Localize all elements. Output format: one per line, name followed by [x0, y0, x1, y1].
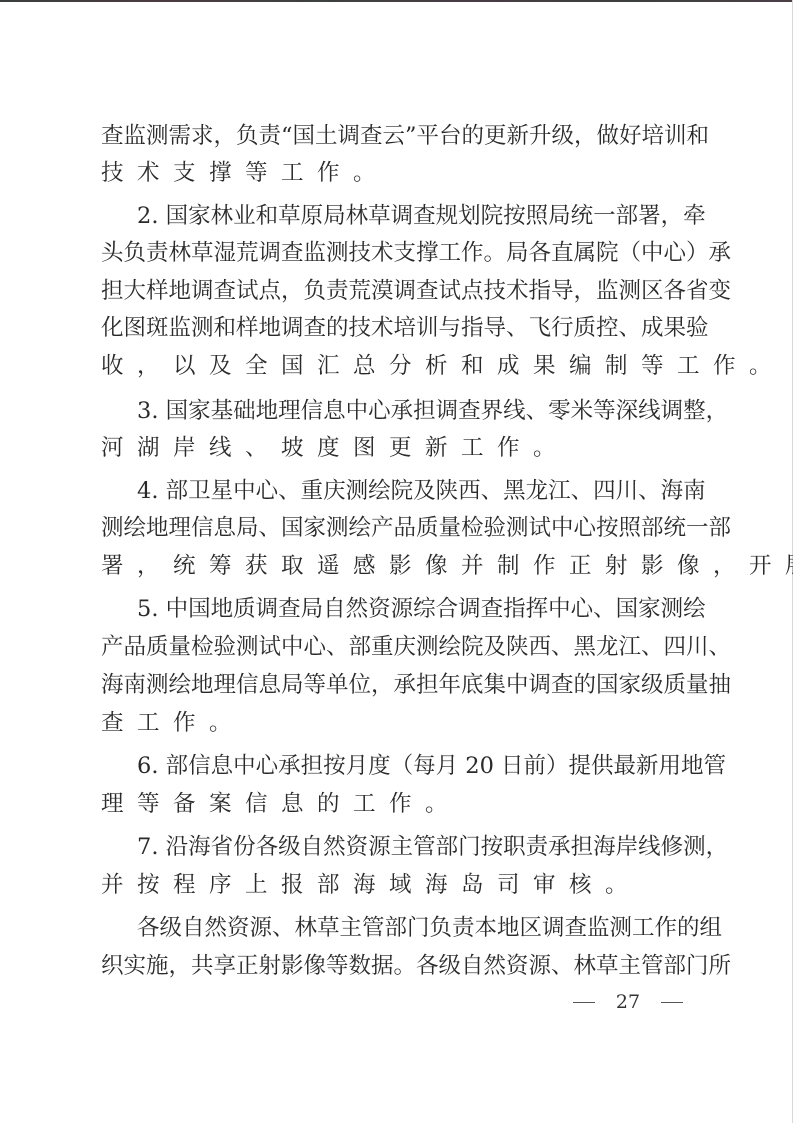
text-line: 各级自然资源、林草主管部门负责本地区调查监测工作的组 — [137, 913, 687, 943]
text-line: 6. 部信息中心承担按月度（每月 20 日前）提供最新用地管 — [137, 751, 687, 781]
page-number-dash-left — [573, 1002, 595, 1003]
page-number-value: 27 — [616, 990, 640, 1014]
text-line: 担大样地调查试点，负责荒漠调查试点技术指导，监测区各省变 — [101, 276, 687, 306]
text-line: 并按程序上报部海域海岛司审核。 — [101, 870, 687, 900]
text-line: 头负责林草湿荒调查监测技术支撑工作。局各直属院（中心）承 — [101, 238, 687, 268]
document-page: 查监测需求，负责“国土调查云”平台的更新升级，做好培训和 技术支撑等工作。 2.… — [0, 0, 793, 1123]
text-line: 4. 部卫星中心、重庆测绘院及陕西、黑龙江、四川、海南 — [137, 476, 687, 506]
text-line: 技术支撑等工作。 — [101, 158, 687, 188]
text-line: 化图斑监测和样地调查的技术培训与指导、飞行质控、成果验 — [101, 313, 687, 343]
page-number: 27 — [573, 990, 683, 1014]
text-line: 查监测需求，负责“国土调查云”平台的更新升级，做好培训和 — [101, 121, 687, 151]
text-line: 5. 中国地质调查局自然资源综合调查指挥中心、国家测绘 — [137, 594, 687, 624]
text-line: 理等备案信息的工作。 — [101, 789, 687, 819]
text-line: 2. 国家林业和草原局林草调查规划院按照局统一部署，牵 — [137, 201, 687, 231]
text-line: 织实施，共享正射影像等数据。各级自然资源、林草主管部门所 — [101, 951, 687, 981]
text-line: 署，统筹获取遥感影像并制作正射影像，开展质量检查。 — [101, 551, 687, 581]
text-line: 3. 国家基础地理信息中心承担调查界线、零米等深线调整， — [137, 396, 687, 426]
text-line: 河湖岸线、坡度图更新工作。 — [101, 433, 687, 463]
page-number-dash-right — [661, 1002, 683, 1003]
text-line: 7. 沿海省份各级自然资源主管部门按职责承担海岸线修测， — [137, 832, 687, 862]
text-line: 收，以及全国汇总分析和成果编制等工作。 — [101, 351, 687, 381]
text-line: 测绘地理信息局、国家测绘产品质量检验测试中心按照部统一部 — [101, 513, 687, 543]
text-line: 产品质量检验测试中心、部重庆测绘院及陕西、黑龙江、四川、 — [101, 632, 687, 662]
text-line: 海南测绘地理信息局等单位，承担年底集中调查的国家级质量抽 — [101, 670, 687, 700]
text-line: 查工作。 — [101, 708, 687, 738]
